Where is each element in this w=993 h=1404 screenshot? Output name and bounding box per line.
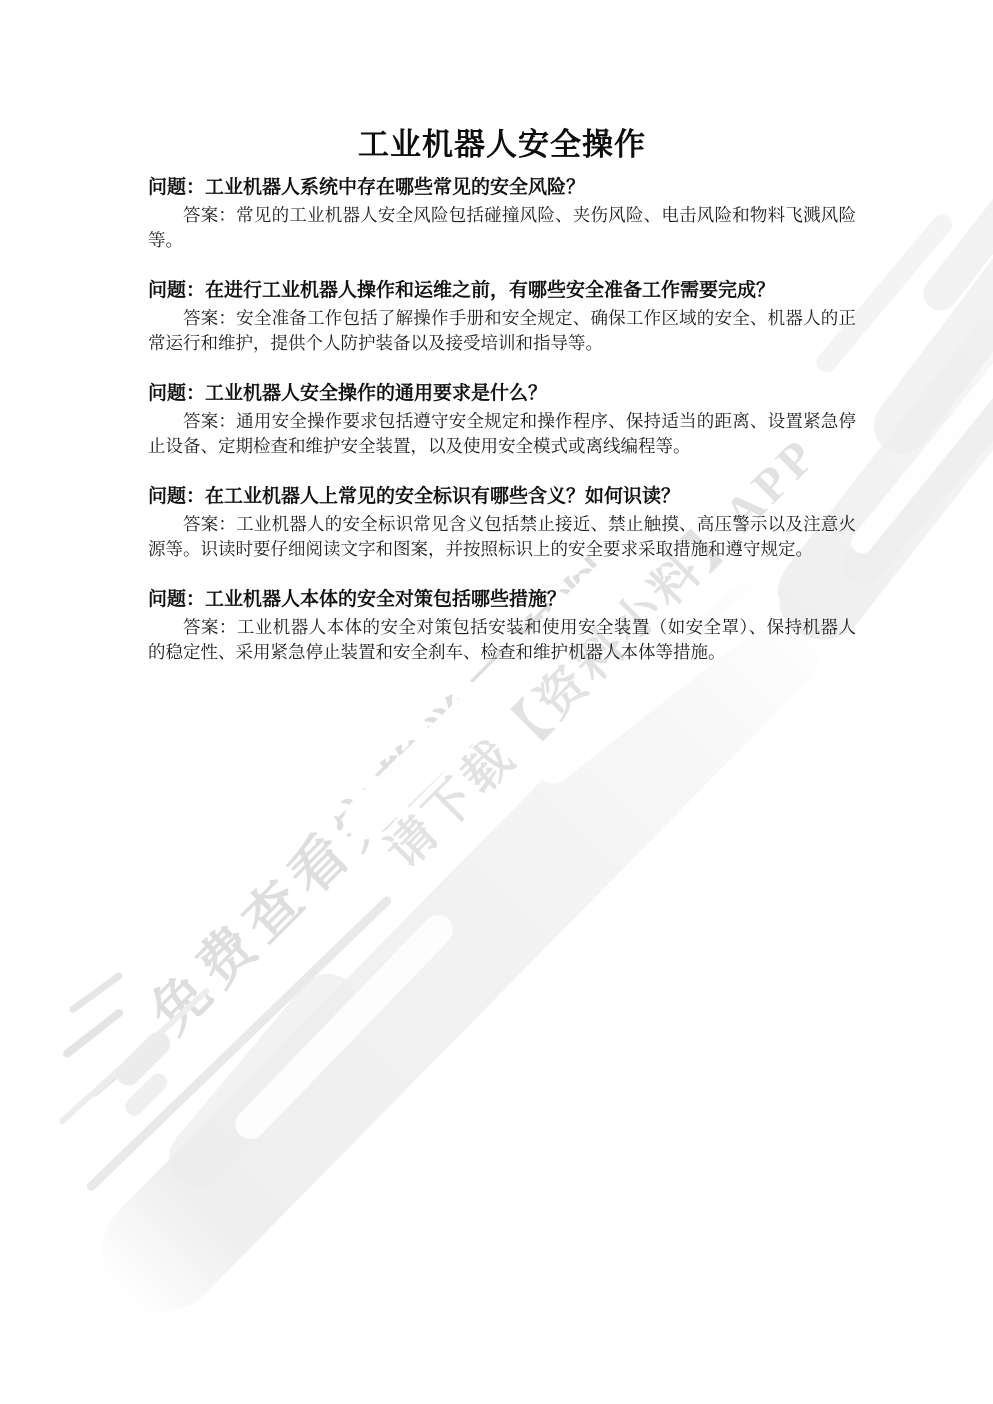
document-page: 免费查看完整学习资料 请下载【资料小料】APP 工业机器人安全操作 问题：工业机… [0,0,993,1404]
qa-block: 问题：工业机器人系统中存在哪些常见的安全风险？ 答案：常见的工业机器人安全风险包… [148,176,856,253]
question-heading: 问题：在工业机器人上常见的安全标识有哪些含义？如何识读？ [148,485,856,508]
question-heading: 问题：在进行工业机器人操作和运维之前，有哪些安全准备工作需要完成？ [148,279,856,302]
brush-streak [863,192,993,465]
brush-streak [917,107,993,317]
brush-streak [112,1027,176,1091]
brush-streak [122,1070,171,1119]
document-content: 工业机器人安全操作 问题：工业机器人系统中存在哪些常见的安全风险？ 答案：常见的… [148,0,856,691]
qa-block: 问题：在进行工业机器人操作和运维之前，有哪些安全准备工作需要完成？ 答案：安全准… [148,279,856,356]
brush-streak [90,1058,136,1098]
question-heading: 问题：工业机器人系统中存在哪些常见的安全风险？ [148,176,856,199]
brush-streak [68,971,124,1014]
brush-streak [835,276,993,593]
page-title: 工业机器人安全操作 [148,126,856,164]
answer-paragraph: 答案：工业机器人的安全标识常见含义包括禁止接近、禁止触摸、高压警示以及注意火源等… [148,512,856,562]
brush-streak [846,288,993,558]
brush-streak [62,1007,125,1059]
answer-paragraph: 答案：通用安全操作要求包括遵守安全规定和操作程序、保持适当的距离、设置紧急停止设… [148,409,856,459]
qa-block: 问题：在工业机器人上常见的安全标识有哪些含义？如何识读？ 答案：工业机器人的安全… [148,485,856,562]
qa-block: 问题：工业机器人安全操作的通用要求是什么？ 答案：通用安全操作要求包括遵守安全规… [148,382,856,459]
answer-paragraph: 答案：工业机器人本体的安全对策包括安装和使用安全装置（如安全罩）、保持机器人的稳… [148,615,856,665]
answer-paragraph: 答案：常见的工业机器人安全风险包括碰撞风险、夹伤风险、电击风险和物料飞溅风险等。 [148,203,856,253]
qa-block: 问题：工业机器人本体的安全对策包括哪些措施？ 答案：工业机器人本体的安全对策包括… [148,588,856,665]
answer-paragraph: 答案：安全准备工作包括了解操作手册和安全规定、确保工作区域的安全、机器人的正常运… [148,306,856,356]
question-heading: 问题：工业机器人安全操作的通用要求是什么？ [148,382,856,405]
question-heading: 问题：工业机器人本体的安全对策包括哪些措施？ [148,588,856,611]
